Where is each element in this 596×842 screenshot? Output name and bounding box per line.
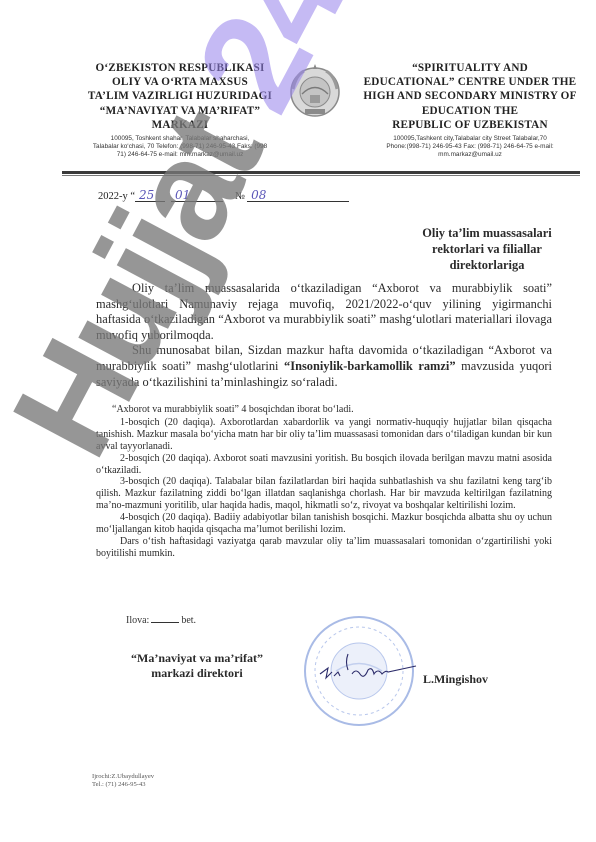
letterhead-uz-line: “MA’NAVIYAT VA MA’RIFAT” [62, 104, 298, 118]
addressee: Oliy ta’lim muassasalari rektorlari va f… [392, 225, 582, 273]
number-label: № [235, 191, 245, 202]
date-month: 01 [171, 189, 223, 202]
letterhead-en-line: EDUCATION THE [352, 104, 588, 118]
attachment-line: Ilova:bet. [126, 615, 196, 626]
address-line: Talabalar ko‘chasi, 70 Telefon: (998-71)… [62, 143, 298, 151]
stages-section: “Axborot va murabbiylik soati” 4 bosqich… [96, 404, 552, 560]
address-line: Phone:(998-71) 246-95-43 Fax: (998-71) 2… [352, 143, 588, 151]
letterhead-uz: O‘ZBEKISTON RESPUBLIKASI OLIY VA O‘RTA M… [62, 61, 298, 160]
letterhead-uz-line: O‘ZBEKISTON RESPUBLIKASI [62, 61, 298, 75]
date-day: 25 [135, 189, 165, 202]
signer-title-line: markazi direktori [112, 666, 282, 681]
letterhead-en-line: REPUBLIC OF UZBEKISTAN [352, 118, 588, 132]
attachment-pages-blank [151, 622, 179, 623]
stages-intro: “Axborot va murabbiylik soati” 4 bosqich… [96, 404, 552, 416]
letter-body: Oliy ta’lim muassasalarida o‘tkaziladiga… [96, 281, 552, 390]
executor-phone: Tel.: (71) 246-95-43 [92, 781, 154, 789]
topic-title: “Insoniylik-barkamollik ramzi” [284, 359, 455, 373]
addressee-line: Oliy ta’lim muassasalari [392, 225, 582, 241]
executor-name: Ijrochi:Z.Ubaydullayev [92, 773, 154, 781]
handwritten-signature-icon [318, 648, 418, 684]
attachment-suffix: bet. [181, 615, 196, 626]
document-page: O‘ZBEKISTON RESPUBLIKASI OLIY VA O‘RTA M… [0, 0, 596, 842]
address-line: mm.markaz@umail.uz [352, 151, 588, 159]
letterhead-uz-line: TA’LIM VAZIRLIGI HUZURIDAGI [62, 89, 298, 103]
address-line: 100095, Toshkent shahar, Talabalar shaha… [62, 135, 298, 143]
stage-item: 3-bosqich (20 daqiqa). Talabalar bilan f… [96, 476, 552, 512]
letterhead-uz-line: OLIY VA O‘RTA MAXSUS [62, 75, 298, 89]
letterhead-divider-thin [62, 175, 580, 176]
attachment-label: Ilova: [126, 615, 149, 626]
reference-line: 2022-y “ 25 01 № 08 [98, 189, 349, 202]
addressee-line: rektorlari va filiallar [392, 241, 582, 257]
letterhead-divider [62, 171, 580, 174]
executor-info: Ijrochi:Z.Ubaydullayev Tel.: (71) 246-95… [92, 773, 154, 789]
body-paragraph: Oliy ta’lim muassasalarida o‘tkaziladiga… [96, 281, 552, 343]
letterhead-en-line: “SPIRITUALITY AND [352, 61, 588, 75]
signer-title: “Ma’naviyat va ma’rifat” markazi direkto… [112, 651, 282, 681]
addressee-line: direktorlariga [392, 257, 582, 273]
signer-name: L.Mingishov [423, 672, 488, 687]
stage-item: 2-bosqich (20 daqiqa). Axborot soati mav… [96, 453, 552, 477]
letterhead-en-address: 100095,Tashkent city,Talabalar city Stre… [352, 135, 588, 160]
stage-item: 4-bosqich (20 daqiqa). Badiiy adabiyotla… [96, 512, 552, 536]
letterhead-uz-line: MARKAZI [62, 118, 298, 132]
state-emblem-icon [288, 61, 342, 119]
letterhead-en-line: EDUCATIONAL” CENTRE UNDER THE [352, 75, 588, 89]
year-label: 2022-y “ [98, 191, 135, 202]
letterhead-en: “SPIRITUALITY AND EDUCATIONAL” CENTRE UN… [352, 61, 588, 160]
address-line: 100095,Tashkent city,Talabalar city Stre… [352, 135, 588, 143]
document-number: 08 [247, 189, 349, 202]
signer-title-line: “Ma’naviyat va ma’rifat” [112, 651, 282, 666]
stage-item: 1-bosqich (20 daqiqa). Axborotlardan xab… [96, 417, 552, 453]
address-line: 71) 246-64-75 e-mail: mm.markaz@umail.uz [62, 151, 298, 159]
letterhead-uz-address: 100095, Toshkent shahar, Talabalar shaha… [62, 135, 298, 160]
letterhead-en-line: HIGH AND SECONDARY MINISTRY OF [352, 89, 588, 103]
body-paragraph-request: Shu munosabat bilan, Sizdan mazkur hafta… [96, 343, 552, 390]
closing-note: Dars o‘tish haftasidagi vaziyatga qarab … [96, 536, 552, 560]
